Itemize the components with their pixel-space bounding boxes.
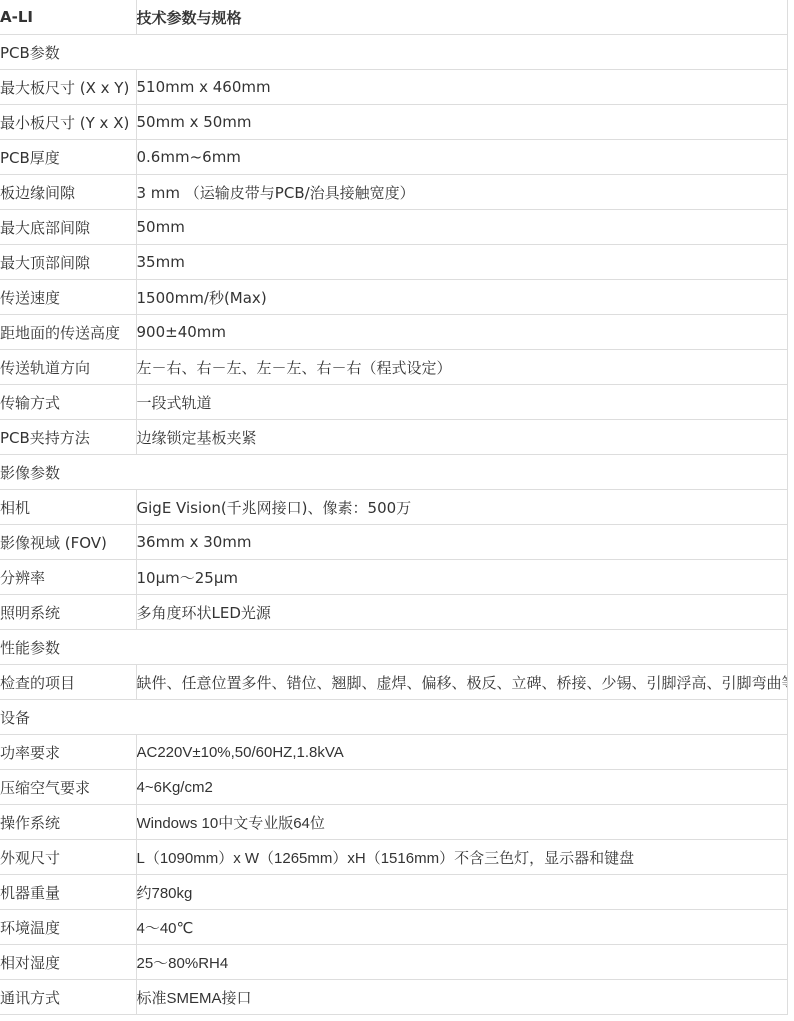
table-row: 照明系统多角度环状LED光源	[0, 595, 788, 630]
param-label: 传送轨道方向	[0, 350, 136, 385]
table-row: 检查的项目缺件、任意位置多件、错位、翘脚、虚焊、偏移、极反、立碑、桥接、少锡、引…	[0, 665, 788, 700]
param-label: 影像视域 (FOV)	[0, 525, 136, 560]
table-row: 距地面的传送高度900±40mm	[0, 315, 788, 350]
param-label: 检查的项目	[0, 665, 136, 700]
param-value: AC220V±10%,50/60HZ,1.8kVA	[136, 735, 788, 770]
param-value: GigE Vision(千兆网接口)、像素：500万	[136, 490, 788, 525]
param-label: 外观尺寸	[0, 840, 136, 875]
table-row: 通讯方式标准SMEMA接口	[0, 980, 788, 1015]
param-label: 功率要求	[0, 735, 136, 770]
param-label: 环境温度	[0, 910, 136, 945]
param-value: 0.6mm~6mm	[136, 140, 788, 175]
param-label: 传送速度	[0, 280, 136, 315]
param-value: 左－右、右－左、左－左、右－右（程式设定）	[136, 350, 788, 385]
section-title: PCB参数	[0, 35, 788, 70]
table-row: 最小板尺寸 (Y x X)50mm x 50mm	[0, 105, 788, 140]
param-value: 4～40℃	[136, 910, 788, 945]
table-row: 最大顶部间隙35mm	[0, 245, 788, 280]
table-title: 技术参数与规格	[136, 0, 788, 35]
section-row: 影像参数	[0, 455, 788, 490]
param-value: 边缘锁定基板夹紧	[136, 420, 788, 455]
param-value: 4~6Kg/cm2	[136, 770, 788, 805]
section-title: 影像参数	[0, 455, 788, 490]
table-row: 功率要求AC220V±10%,50/60HZ,1.8kVA	[0, 735, 788, 770]
param-label: 相对湿度	[0, 945, 136, 980]
param-label: 操作系统	[0, 805, 136, 840]
param-value: 25～80%RH4	[136, 945, 788, 980]
table-row: 最大板尺寸 (X x Y)510mm x 460mm	[0, 70, 788, 105]
param-label: 通讯方式	[0, 980, 136, 1015]
param-label: 传输方式	[0, 385, 136, 420]
param-label: 最大底部间隙	[0, 210, 136, 245]
table-row: 影像视域 (FOV)36mm x 30mm	[0, 525, 788, 560]
table-row: 传送轨道方向左－右、右－左、左－左、右－右（程式设定）	[0, 350, 788, 385]
param-label: 照明系统	[0, 595, 136, 630]
model-name: A-LI	[0, 0, 136, 35]
param-label: PCB厚度	[0, 140, 136, 175]
param-value: 1500mm/秒(Max)	[136, 280, 788, 315]
section-title: 设备	[0, 700, 788, 735]
section-title: 性能参数	[0, 630, 788, 665]
param-label: 分辨率	[0, 560, 136, 595]
spec-table-body: PCB参数最大板尺寸 (X x Y)510mm x 460mm最小板尺寸 (Y …	[0, 35, 788, 1015]
section-row: 设备	[0, 700, 788, 735]
param-label: 板边缘间隙	[0, 175, 136, 210]
table-header-row: A-LI 技术参数与规格	[0, 0, 788, 35]
section-row: 性能参数	[0, 630, 788, 665]
table-row: 最大底部间隙50mm	[0, 210, 788, 245]
param-value: 缺件、任意位置多件、错位、翘脚、虚焊、偏移、极反、立碑、桥接、少锡、引脚浮高、引…	[136, 665, 788, 700]
param-value: Windows 10中文专业版64位	[136, 805, 788, 840]
spec-table: A-LI 技术参数与规格 PCB参数最大板尺寸 (X x Y)510mm x 4…	[0, 0, 788, 1015]
table-row: 分辨率10μm～25μm	[0, 560, 788, 595]
table-row: 操作系统Windows 10中文专业版64位	[0, 805, 788, 840]
param-value: 标准SMEMA接口	[136, 980, 788, 1015]
param-value: 35mm	[136, 245, 788, 280]
param-label: 压缩空气要求	[0, 770, 136, 805]
table-row: 传输方式一段式轨道	[0, 385, 788, 420]
param-label: 距地面的传送高度	[0, 315, 136, 350]
param-label: 最小板尺寸 (Y x X)	[0, 105, 136, 140]
table-row: 板边缘间隙3 mm （运输皮带与PCB/治具接触宽度）	[0, 175, 788, 210]
param-label: PCB夹持方法	[0, 420, 136, 455]
param-value: 多角度环状LED光源	[136, 595, 788, 630]
param-value: 900±40mm	[136, 315, 788, 350]
table-row: 外观尺寸L（1090mm）x W（1265mm）xH（1516mm）不含三色灯，…	[0, 840, 788, 875]
table-row: 环境温度4～40℃	[0, 910, 788, 945]
table-row: PCB厚度0.6mm~6mm	[0, 140, 788, 175]
param-value: 50mm	[136, 210, 788, 245]
table-row: PCB夹持方法边缘锁定基板夹紧	[0, 420, 788, 455]
param-label: 相机	[0, 490, 136, 525]
table-row: 机器重量约780kg	[0, 875, 788, 910]
table-row: 传送速度1500mm/秒(Max)	[0, 280, 788, 315]
param-value: 510mm x 460mm	[136, 70, 788, 105]
param-value: 一段式轨道	[136, 385, 788, 420]
param-label: 最大顶部间隙	[0, 245, 136, 280]
param-value: 10μm～25μm	[136, 560, 788, 595]
param-value: 36mm x 30mm	[136, 525, 788, 560]
param-value: 50mm x 50mm	[136, 105, 788, 140]
table-row: 相机GigE Vision(千兆网接口)、像素：500万	[0, 490, 788, 525]
param-label: 机器重量	[0, 875, 136, 910]
table-row: 压缩空气要求4~6Kg/cm2	[0, 770, 788, 805]
param-value: 3 mm （运输皮带与PCB/治具接触宽度）	[136, 175, 788, 210]
param-value: 约780kg	[136, 875, 788, 910]
table-row: 相对湿度25～80%RH4	[0, 945, 788, 980]
section-row: PCB参数	[0, 35, 788, 70]
param-value: L（1090mm）x W（1265mm）xH（1516mm）不含三色灯，显示器和…	[136, 840, 788, 875]
param-label: 最大板尺寸 (X x Y)	[0, 70, 136, 105]
